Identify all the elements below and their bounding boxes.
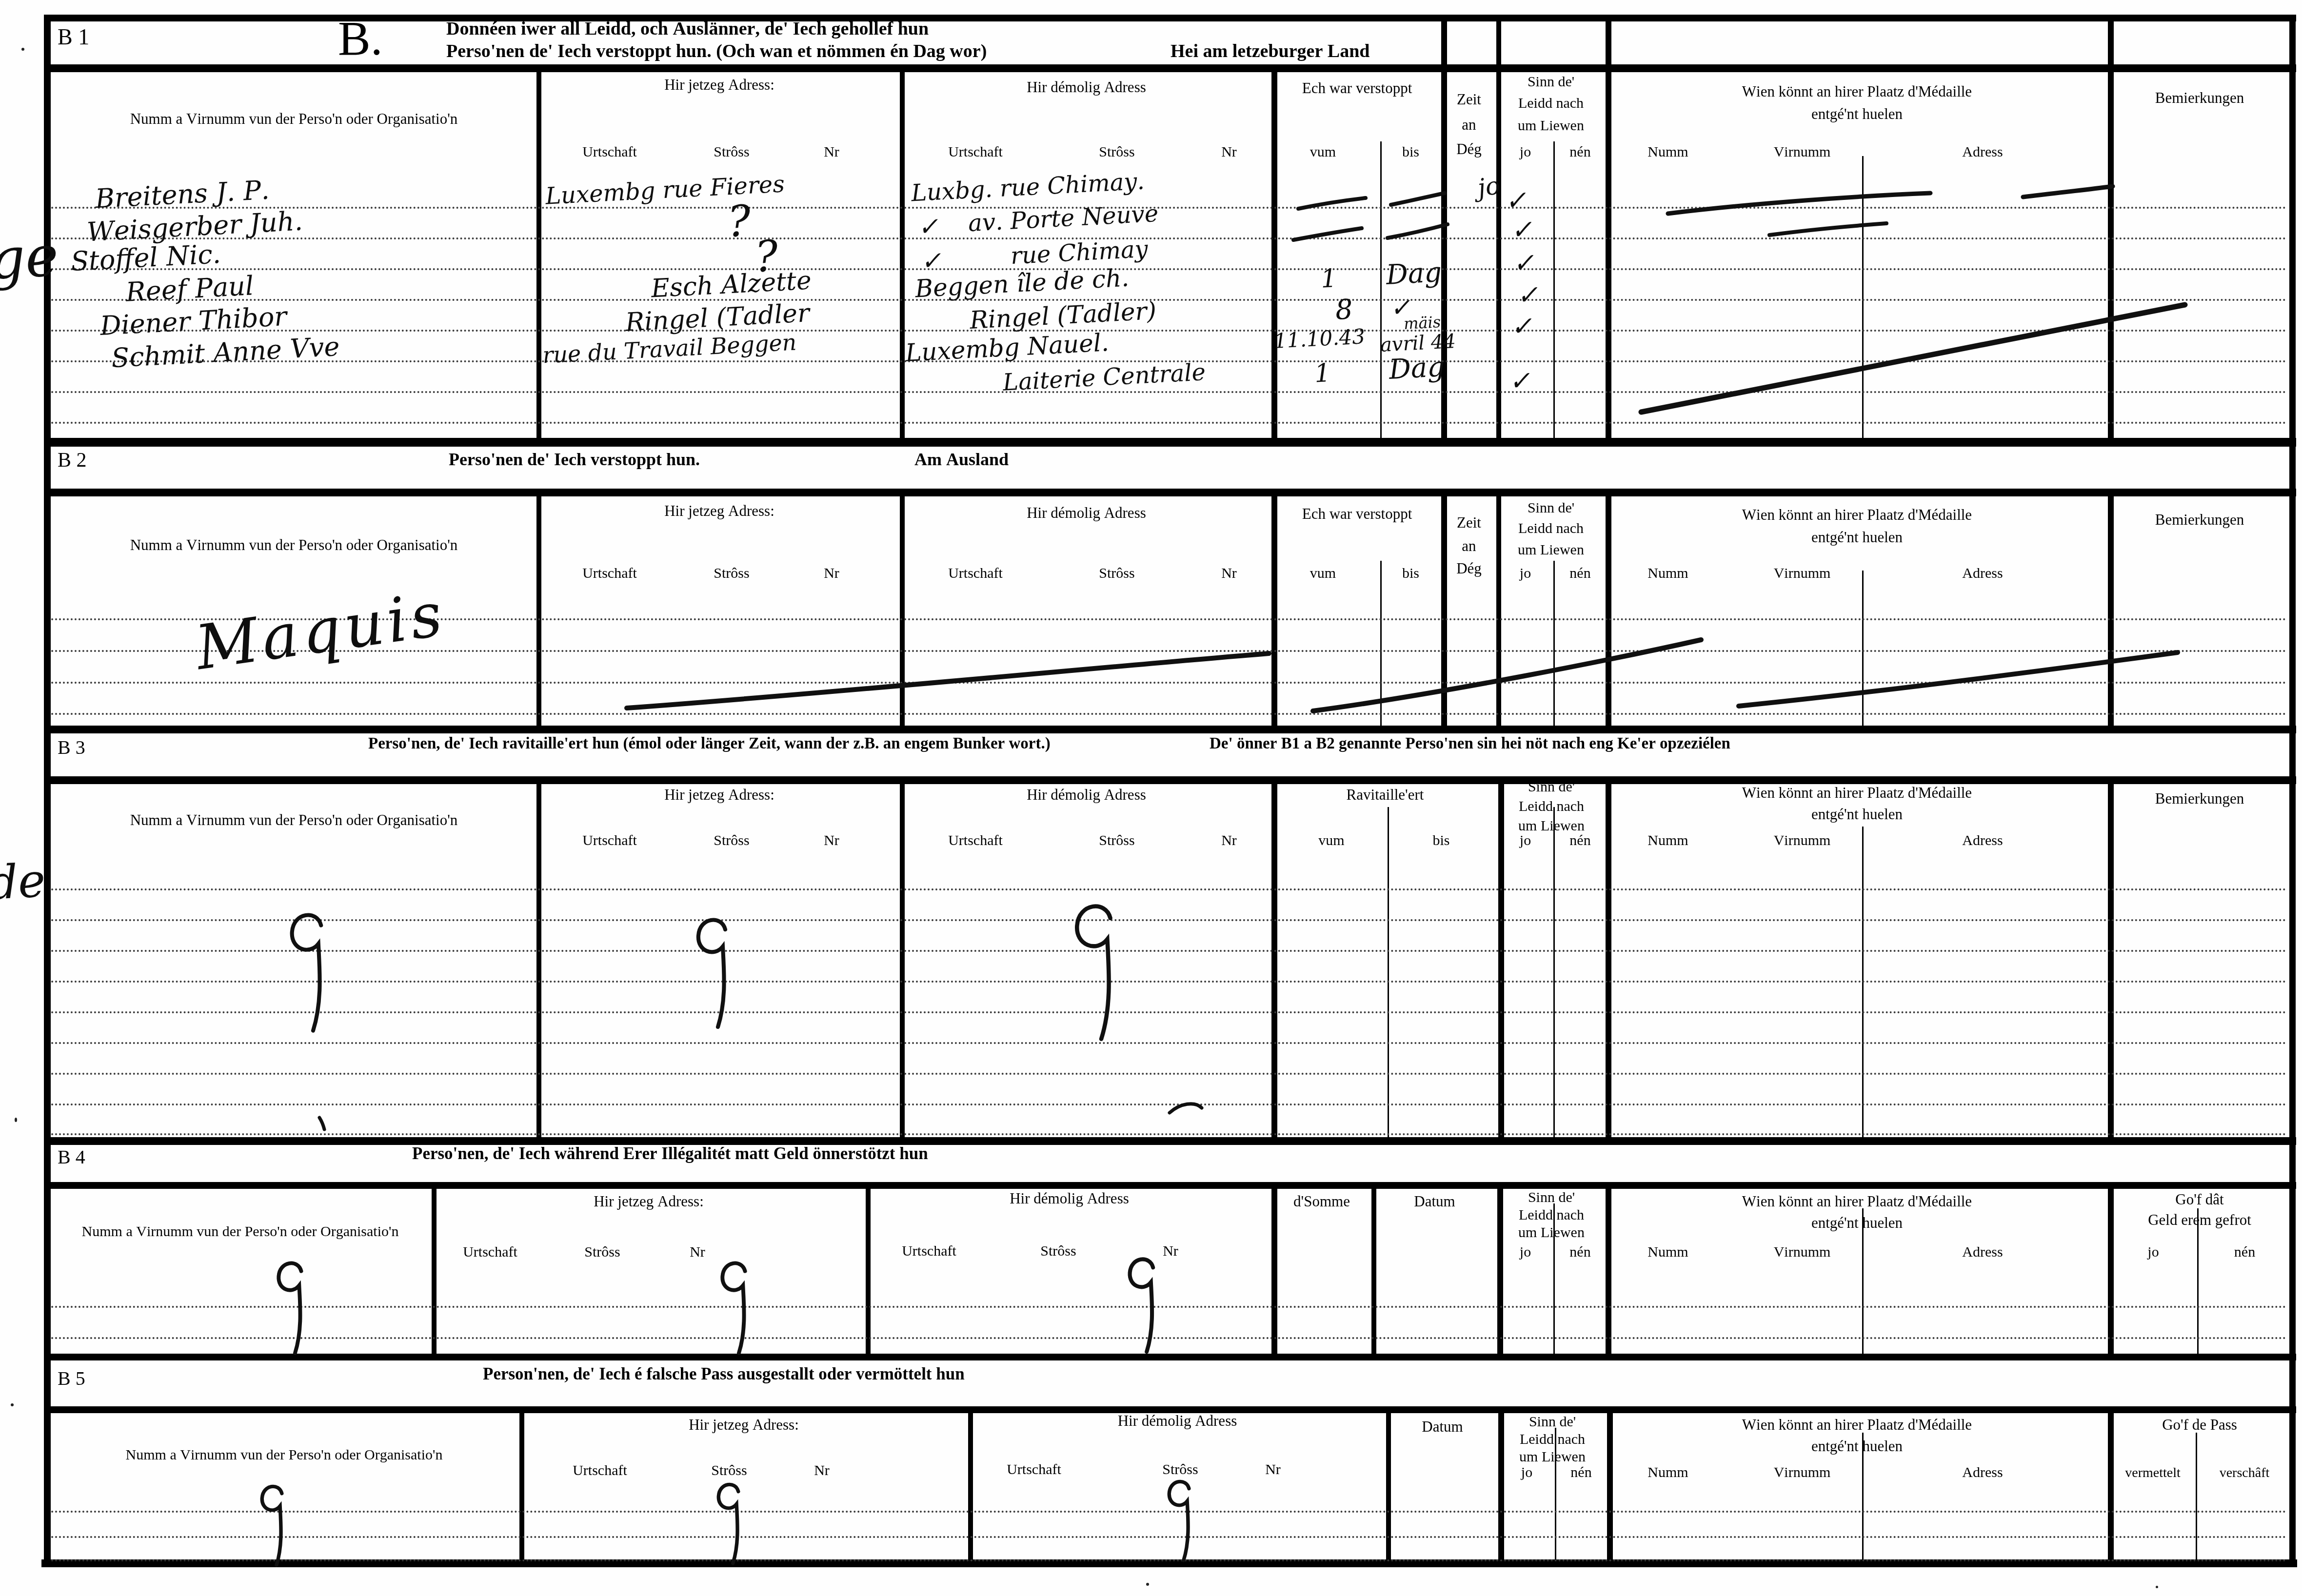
ink-stroke: [627, 653, 1269, 708]
b2-col-bemierkungen: Bemierkungen: [2109, 512, 2290, 528]
b4-sub-stross: Strôss: [556, 1244, 649, 1260]
scan-speck: [15, 1118, 17, 1122]
b2-sub-adress: Adress: [1902, 566, 2063, 581]
rule-bar: [44, 776, 2296, 784]
b3-sub-bis: bis: [1395, 833, 1488, 848]
hw-b1-jo-check-r5: ✓: [1510, 314, 1533, 340]
b5-sub-urtschaft2: Urtschaft: [983, 1462, 1085, 1478]
b4-sub-gof-jo: jo: [2112, 1244, 2195, 1260]
dotted-row-line: [51, 1559, 2288, 1561]
b2-sub-numm: Numm: [1619, 566, 1717, 581]
dotted-row-line: [51, 981, 2288, 983]
hw-b1-vum-r3: 1: [1320, 266, 1338, 292]
b4-col-name: Numm a Virnumm vun der Perso'n oder Orga…: [51, 1224, 429, 1240]
b4-sub-nen: nén: [1556, 1244, 1605, 1260]
b5-sub-stross2: Strôss: [1131, 1462, 1229, 1478]
column-line: [1380, 141, 1382, 438]
b1-title-suffix: Hei am letzeburger Land: [1171, 42, 1369, 61]
b4-sub-urtschaft2: Urtschaft: [878, 1243, 980, 1259]
ink-squiggle: [722, 1263, 745, 1353]
rule-bar: [2289, 15, 2296, 1567]
b4-col-gof-geld2: Geld erem gefrot: [2109, 1212, 2290, 1228]
b1-col-name: Numm a Virnumm vun der Perso'n oder Orga…: [51, 111, 536, 127]
b3-col-wien1: Wien könnt an hirer Plaatz d'Médaille: [1607, 785, 2107, 801]
column-line: [1380, 561, 1382, 726]
b5-sub-jo: jo: [1501, 1465, 1552, 1480]
b3-sub-urtschaft: Urtschaft: [554, 833, 666, 848]
column-line: [536, 496, 541, 726]
ink-squiggle: [1077, 906, 1110, 1039]
b5-sub-stross: Strôss: [683, 1463, 775, 1478]
scan-speck: [11, 1403, 14, 1406]
b2-title: Perso'nen de' Iech verstoppt hun.: [449, 451, 700, 469]
b5-col-sinn1: Sinn de': [1499, 1414, 1606, 1430]
hw-b1-bis-r5a: mäis: [1403, 314, 1441, 332]
b5-title: Person'nen, de' Iech é falsche Pass ausg…: [483, 1365, 965, 1383]
b3-col-wien2: entgé'nt huelen: [1607, 807, 2107, 823]
b1-sub-bis: bis: [1383, 144, 1439, 160]
b1-title-line1: Donnéen iwer all Leidd, och Auslänner, d…: [446, 20, 929, 39]
section-id-b5: B 5: [58, 1368, 85, 1389]
b4-col-wien2: entgé'nt huelen: [1607, 1215, 2107, 1231]
dotted-row-line: [51, 682, 2288, 684]
b1-col-verstoppt: Ech war verstoppt: [1273, 80, 1441, 97]
hw-b1-name-4: Reef Paul: [125, 273, 255, 306]
column-line: [1606, 784, 1611, 1137]
ink-stroke: [1668, 193, 1930, 214]
b5-sub-virnumm: Virnumm: [1746, 1465, 1858, 1480]
column-line: [2108, 1413, 2114, 1560]
column-line: [1271, 1189, 1277, 1354]
dotted-row-line: [51, 237, 2288, 239]
b5-col-gof-pass: Go'f de Pass: [2109, 1417, 2290, 1433]
b3-sub-stross: Strôss: [685, 833, 778, 848]
b2-col-zeit2: an: [1443, 538, 1495, 554]
hw-b1-jo-check-r1: ✓: [1505, 188, 1527, 214]
b2-sub-urtschaft2: Urtschaft: [919, 566, 1032, 581]
ink-stroke: [1769, 223, 1886, 235]
column-line: [1371, 1189, 1376, 1354]
b3-col-jetzeg: Hir jetzeg Adress:: [539, 787, 900, 803]
b2-col-demolig: Hir démolig Adress: [902, 505, 1270, 521]
dotted-row-line: [51, 1103, 2288, 1105]
scanned-form-page: B 1 B. Donnéen iwer all Leidd, och Auslä…: [0, 0, 2302, 1596]
column-line: [900, 496, 905, 726]
b1-sub-nr: Nr: [802, 144, 861, 160]
column-line: [1862, 571, 1864, 726]
b4-col-gof-geld1: Go'f dât: [2109, 1192, 2290, 1208]
b5-col-wien2: entgé'nt huelen: [1607, 1438, 2107, 1455]
b2-col-zeit3: Dég: [1443, 561, 1495, 577]
dotted-row-line: [51, 713, 2288, 715]
dotted-row-line: [51, 268, 2288, 270]
column-line: [536, 72, 541, 438]
b3-col-bemierkungen: Bemierkungen: [2109, 791, 2290, 807]
b2-col-sinn2: Leidd nach: [1497, 521, 1605, 536]
dotted-row-line: [51, 1133, 2288, 1135]
b5-sub-numm: Numm: [1619, 1465, 1717, 1480]
section-id-b1: B 1: [58, 25, 89, 49]
b1-sub-virnumm: Virnumm: [1746, 144, 1858, 160]
b4-col-sinn1: Sinn de': [1498, 1190, 1605, 1205]
column-line: [1386, 1413, 1391, 1560]
b4-sub-virnumm: Virnumm: [1746, 1244, 1858, 1260]
rule-bar: [44, 726, 2296, 733]
b2-col-verstoppt: Ech war verstoppt: [1273, 506, 1441, 522]
b2-subtitle: Am Ausland: [914, 451, 1009, 469]
b4-sub-urtschaft: Urtschaft: [441, 1244, 539, 1260]
b4-sub-stross2: Strôss: [1010, 1243, 1107, 1259]
ink-stroke: [2023, 186, 2113, 197]
hw-b1-jo-check-r2: ✓: [1510, 217, 1533, 243]
ink-stroke: [1388, 224, 1448, 238]
b2-col-sinn1: Sinn de': [1497, 500, 1605, 516]
ink-stroke: [319, 1118, 324, 1129]
section-id-b2: B 2: [58, 450, 87, 471]
b2-sub-nr: Nr: [802, 566, 861, 581]
b1-col-wien2: entgé'nt huelen: [1607, 106, 2107, 122]
dotted-row-line: [51, 391, 2288, 393]
hw-b1-jetzeg-4: Esch Alzette: [651, 268, 812, 301]
b3-sub-nr: Nr: [802, 833, 861, 848]
b2-col-wien2: entgé'nt huelen: [1607, 530, 2107, 546]
b5-sub-nr: Nr: [795, 1463, 849, 1478]
section-id-b4: B 4: [58, 1147, 85, 1167]
hw-b1-demolig-1: Luxbg. rue Chimay.: [911, 170, 1145, 205]
dotted-row-line: [51, 1042, 2288, 1044]
hw-b1-vum-r7: 1: [1314, 360, 1331, 387]
dotted-row-line: [51, 1337, 2288, 1339]
b1-col-zeit3: Dég: [1443, 141, 1495, 158]
b4-col-sinn3: um Liewen: [1498, 1225, 1605, 1241]
column-line: [1271, 496, 1277, 726]
b3-sub-urtschaft2: Urtschaft: [919, 833, 1032, 848]
hw-b1-bis-r5b: avril 44: [1380, 332, 1456, 355]
b2-sub-urtschaft: Urtschaft: [554, 566, 666, 581]
b1-sub-nr2: Nr: [1195, 144, 1263, 160]
ink-stroke: [1391, 193, 1445, 205]
b3-sub-nr2: Nr: [1195, 833, 1263, 848]
hw-b1-name-5: Diener Thibor: [99, 303, 288, 339]
b5-col-demolig: Hir démolig Adress: [971, 1413, 1384, 1429]
hw-b1-jo-check-r3: ✓: [1512, 250, 1535, 276]
ink-squiggle: [262, 1486, 282, 1565]
b1-title-line2: Perso'nen de' Iech verstoppt hun. (Och w…: [446, 42, 987, 61]
dotted-row-line: [51, 1511, 2288, 1513]
hw-b1-demolig-5: Ringel (Tadler): [969, 298, 1157, 333]
ink-squiggle: [718, 1484, 738, 1563]
scan-speck: [21, 48, 24, 51]
ink-stroke: [1641, 305, 2185, 412]
b4-col-sinn2: Leidd nach: [1498, 1207, 1605, 1223]
hw-b2-maquis: Maquis: [192, 584, 450, 679]
rule-bar: [44, 64, 2296, 72]
b4-sub-numm: Numm: [1619, 1244, 1717, 1260]
b3-sub-vum: vum: [1283, 833, 1380, 848]
b5-col-wien1: Wien könnt an hirer Plaatz d'Médaille: [1607, 1417, 2107, 1433]
hw-b1-jo-check-r4: ✓: [1516, 282, 1539, 309]
column-line: [2108, 784, 2114, 1137]
dotted-row-line: [51, 888, 2288, 890]
dotted-row-line: [51, 950, 2288, 952]
rule-bar: [44, 1354, 2296, 1360]
hw-b1-name-3: Stoffel Nic.: [70, 241, 221, 275]
column-line: [900, 72, 905, 438]
rule-bar: [44, 1137, 2296, 1145]
b1-sub-numm: Numm: [1619, 144, 1717, 160]
b2-col-wien1: Wien könnt an hirer Plaatz d'Médaille: [1607, 507, 2107, 523]
column-line: [1553, 141, 1555, 438]
b1-col-sinn3: um Liewen: [1497, 118, 1605, 134]
b2-col-name: Numm a Virnumm vun der Perso'n oder Orga…: [51, 537, 536, 553]
hw-ditto-check-2: ✓: [920, 248, 942, 274]
b4-sub-gof-nen: nén: [2204, 1244, 2285, 1260]
b5-col-sinn2: Leidd nach: [1499, 1432, 1606, 1447]
b3-col-sinn3: um Liewen: [1498, 818, 1605, 834]
b2-col-jetzeg: Hir jetzeg Adress:: [539, 503, 900, 519]
b5-sub-adress: Adress: [1902, 1465, 2063, 1480]
hw-b1-vum-r4: 8: [1335, 296, 1354, 324]
hw-margin-scribble-1: ge: [0, 228, 60, 288]
column-line: [1606, 1189, 1611, 1354]
b3-sub-jo: jo: [1500, 833, 1551, 848]
b1-col-jetzeg: Hir jetzeg Adress:: [539, 77, 900, 93]
hw-b1-bis-r3: Dag: [1386, 259, 1443, 289]
b4-sub-adress: Adress: [1902, 1244, 2063, 1260]
b2-sub-stross: Strôss: [685, 566, 778, 581]
b4-sub-nr: Nr: [673, 1244, 722, 1260]
b4-col-datum: Datum: [1373, 1194, 1496, 1210]
hw-b1-bis-r7: Dag: [1389, 354, 1446, 384]
b4-col-demolig: Hir démolig Adress: [868, 1191, 1270, 1207]
b2-sub-bis: bis: [1383, 566, 1439, 581]
b1-sub-adress: Adress: [1902, 144, 2063, 160]
section-letter-b: B.: [338, 13, 383, 64]
b2-col-zeit1: Zeit: [1443, 515, 1495, 531]
b3-col-sinn2: Leidd nach: [1498, 799, 1605, 814]
b5-sub-verschaft: verschâft: [2201, 1466, 2288, 1480]
b2-sub-jo: jo: [1500, 566, 1551, 581]
column-line: [2196, 1433, 2197, 1560]
b1-col-zeit1: Zeit: [1443, 92, 1495, 108]
column-line: [2108, 21, 2114, 438]
section-id-b3: B 3: [58, 737, 85, 758]
column-line: [536, 784, 541, 1137]
b5-sub-urtschaft: Urtschaft: [551, 1463, 649, 1478]
b2-sub-vum: vum: [1278, 566, 1368, 581]
dotted-row-line: [51, 207, 2288, 209]
b3-title-1: Perso'nen, de' Iech ravitaille'ert hun (…: [368, 735, 1051, 752]
b5-sub-nen: nén: [1557, 1465, 1606, 1480]
b5-sub-vermettelt: vermettelt: [2111, 1466, 2195, 1480]
hw-margin-scribble-2: de: [0, 858, 46, 907]
column-line: [2108, 496, 2114, 726]
b5-col-sinn3: um Liewen: [1499, 1449, 1606, 1465]
b3-col-demolig: Hir démolig Adress: [902, 787, 1270, 803]
dotted-row-line: [51, 1073, 2288, 1075]
column-line: [1388, 807, 1389, 1137]
column-line: [1607, 1413, 1613, 1560]
ink-squiggle: [278, 1263, 301, 1353]
b4-sub-jo: jo: [1500, 1244, 1551, 1260]
b1-sub-urtschaft2: Urtschaft: [919, 144, 1032, 160]
b3-sub-stross2: Strôss: [1068, 833, 1166, 848]
dotted-row-line: [51, 330, 2288, 332]
b4-col-dsomme: d'Somme: [1273, 1194, 1370, 1210]
column-line: [2197, 1208, 2199, 1354]
b5-col-name: Numm a Virnumm vun der Perso'n oder Orga…: [51, 1447, 517, 1463]
b3-col-ravitailleert: Ravitaille'ert: [1273, 787, 1497, 803]
hw-b1-jo-check-r7: ✓: [1508, 368, 1531, 394]
hw-b1-jetzeg-2: ?: [727, 199, 752, 243]
ink-squiggle: [292, 915, 321, 1031]
b5-col-datum: Datum: [1388, 1419, 1497, 1435]
rule-bar: [44, 438, 2296, 447]
hw-b1-vum-r5: 11.10.43: [1273, 326, 1366, 352]
b5-sub-nr2: Nr: [1239, 1462, 1307, 1478]
hw-b1-name-6: Schmit Anne Vve: [111, 334, 340, 372]
hw-b1-demolig-7: Laiterie Centrale: [1002, 360, 1206, 394]
dotted-row-line: [51, 919, 2288, 921]
b1-sub-stross2: Strôss: [1068, 144, 1166, 160]
b2-sub-nen: nén: [1556, 566, 1605, 581]
rule-bar: [44, 489, 2296, 496]
b1-sub-vum: vum: [1278, 144, 1368, 160]
b3-sub-adress: Adress: [1902, 833, 2063, 848]
b4-col-jetzeg: Hir jetzeg Adress:: [434, 1194, 863, 1210]
b1-sub-nen: nén: [1556, 144, 1605, 160]
b4-sub-nr2: Nr: [1136, 1243, 1205, 1259]
b2-sub-stross2: Strôss: [1068, 566, 1166, 581]
b1-col-sinn1: Sinn de': [1497, 74, 1605, 90]
b1-sub-stross: Strôss: [685, 144, 778, 160]
b4-col-wien1: Wien könnt an hirer Plaatz d'Médaille: [1607, 1194, 2107, 1210]
b1-sub-jo: jo: [1500, 144, 1551, 160]
dotted-row-line: [51, 1011, 2288, 1013]
b3-sub-virnumm: Virnumm: [1746, 833, 1858, 848]
ink-squiggle: [1169, 1481, 1189, 1560]
b4-title: Perso'nen, de' Iech während Erer Illégal…: [412, 1145, 928, 1163]
column-line: [1553, 807, 1555, 1137]
hw-ditto-check-1: ✓: [917, 214, 939, 239]
column-line: [1553, 561, 1555, 726]
hw-b1-demolig-4: Beggen île de ch.: [914, 266, 1130, 301]
rule-bar: [44, 1182, 2296, 1189]
b3-col-name: Numm a Virnumm vun der Perso'n oder Orga…: [51, 812, 536, 828]
column-line: [1862, 156, 1864, 438]
b1-col-zeit2: an: [1443, 117, 1495, 133]
b3-sub-numm: Numm: [1619, 833, 1717, 848]
column-line: [1555, 1428, 1556, 1560]
b3-sub-nen: nén: [1556, 833, 1605, 848]
column-line: [900, 784, 905, 1137]
b3-title-2: De' önner B1 a B2 genannte Perso'nen sin…: [1210, 735, 1730, 752]
dotted-row-line: [51, 422, 2288, 424]
column-line: [866, 1189, 871, 1354]
scan-speck: [2156, 1586, 2158, 1588]
b3-col-sinn1: Sinn de': [1498, 779, 1605, 795]
column-line: [432, 1189, 437, 1354]
b1-col-demolig: Hir démolig Adress: [902, 79, 1270, 96]
b1-col-wien1: Wien könnt an hirer Plaatz d'Médaille: [1607, 84, 2107, 100]
column-line: [968, 1413, 973, 1560]
dotted-row-line: [51, 1536, 2288, 1538]
b1-sub-urtschaft: Urtschaft: [554, 144, 666, 160]
column-line: [1271, 72, 1277, 438]
scan-speck: [1146, 1583, 1149, 1586]
hw-b1-jo-word: jo: [1476, 173, 1502, 200]
b2-sub-nr2: Nr: [1195, 566, 1263, 581]
dotted-row-line: [51, 299, 2288, 301]
column-line: [1271, 784, 1277, 1137]
dotted-row-line: [51, 1306, 2288, 1308]
b2-col-sinn3: um Liewen: [1497, 542, 1605, 558]
b1-col-bemierkungen: Bemierkungen: [2109, 90, 2290, 106]
column-line: [519, 1413, 524, 1560]
b5-col-jetzeg: Hir jetzeg Adress:: [522, 1417, 966, 1433]
b1-col-sinn2: Leidd nach: [1497, 96, 1605, 111]
b2-sub-virnumm: Virnumm: [1746, 566, 1858, 581]
